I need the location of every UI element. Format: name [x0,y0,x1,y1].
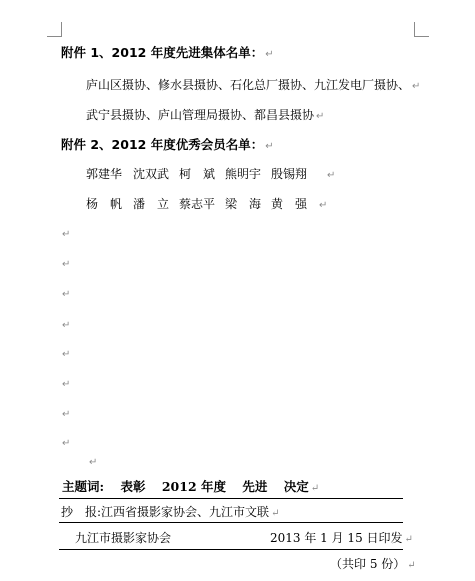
subject-keywords: 主题词: 表彰 2012 年度 先进 决定↵ [62,479,319,497]
member-name: 熊明宇 [225,166,271,182]
divider-line [59,549,403,550]
empty-paragraph-mark-icon: ↵ [89,457,97,468]
empty-paragraph-mark-icon: ↵ [62,289,70,300]
empty-paragraph-mark-icon: ↵ [62,409,70,420]
member-name: 梁 海 [225,196,271,212]
paragraph-mark-icon: ↵ [316,111,324,122]
copies-count: （共印 5 份）↵ [330,556,416,574]
empty-paragraph-mark-icon: ↵ [62,229,70,240]
member-name: 蔡志平 [179,196,225,212]
paragraph-mark-icon: ↵ [265,141,273,152]
margin-corner-mark-top-left [47,22,62,37]
paragraph-mark-icon: ↵ [327,168,335,184]
member-name: 沈双武 [133,166,179,182]
member-name: 黄 强 [271,196,317,212]
cc-value: 江西省摄影家协会、九江市文联 [101,505,269,519]
member-name: 郭建华 [86,166,133,182]
member-names-row-1: 郭建华沈双武柯 斌熊明宇殷锡翔↵ [86,166,335,184]
issuer-name: 九江市摄影家协会 [75,530,171,546]
attachment1-heading: 附件 1、2012 年度先进集体名单：↵ [61,45,274,63]
member-name: 潘 立 [133,196,179,212]
attachment1-line1: 庐山区摄协、修水县摄协、石化总厂摄协、九江发电厂摄协、↵ [86,77,420,95]
divider-line [59,498,403,499]
empty-paragraph-mark-icon: ↵ [62,438,70,449]
empty-paragraph-mark-icon: ↵ [62,349,70,360]
paragraph-mark-icon: ↵ [271,508,279,519]
keyword: 先进 [242,479,267,494]
member-name: 殷锡翔 [271,166,325,182]
attachment2-heading: 附件 2、2012 年度优秀会员名单：↵ [61,137,274,155]
attachment1-line2: 武宁县摄协、庐山管理局摄协、都昌县摄协↵ [86,107,324,125]
paragraph-mark-icon: ↵ [319,198,327,214]
member-names-row-2: 杨 帆潘 立蔡志平梁 海黄 强↵ [86,196,327,214]
member-name: 杨 帆 [86,196,133,212]
paragraph-mark-icon: ↵ [311,483,319,494]
issue-date: 2013 年 1 月 15 日印发↵ [270,530,413,548]
empty-paragraph-mark-icon: ↵ [62,320,70,331]
paragraph-mark-icon: ↵ [407,560,415,571]
paragraph-mark-icon: ↵ [405,534,413,545]
keyword: 表彰 [120,479,145,494]
empty-paragraph-mark-icon: ↵ [62,259,70,270]
paragraph-mark-icon: ↵ [265,49,273,60]
keyword: 2012 年度 [162,479,226,494]
cc-line: 抄 报:江西省摄影家协会、九江市文联↵ [61,504,279,522]
cc-label: 抄 报: [61,505,101,519]
divider-line [59,522,403,523]
member-name: 柯 斌 [179,166,225,182]
paragraph-mark-icon: ↵ [412,81,420,92]
margin-corner-mark-top-right [414,22,429,37]
keyword: 决定 [284,479,309,494]
keywords-label: 主题词: [62,479,104,494]
empty-paragraph-mark-icon: ↵ [62,379,70,390]
